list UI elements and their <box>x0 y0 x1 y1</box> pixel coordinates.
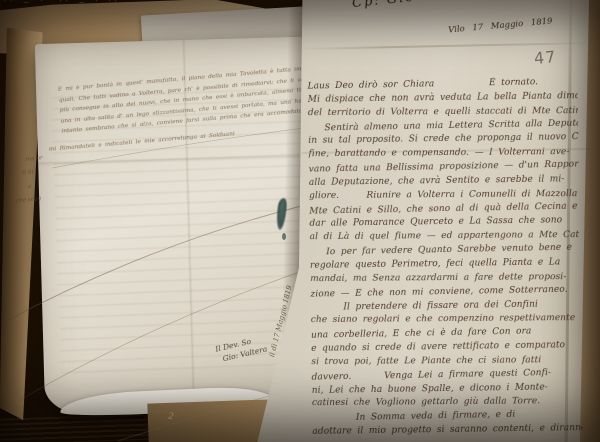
fold-squiggle-mark: 2 <box>167 412 174 423</box>
margin-note: a <box>28 184 32 190</box>
letter-body: Laus Deo dirò sor Chiara È tornato.Mi di… <box>307 76 582 442</box>
manuscript-photo: '' ~ ' '' ~ ' '' E mi è pur bontà in que… <box>0 0 600 442</box>
margin-note: che segg <box>16 196 42 205</box>
archive-page-number: 47 <box>533 47 557 68</box>
margin-note: Il St <box>22 169 34 176</box>
book-page-edges <box>0 413 160 442</box>
